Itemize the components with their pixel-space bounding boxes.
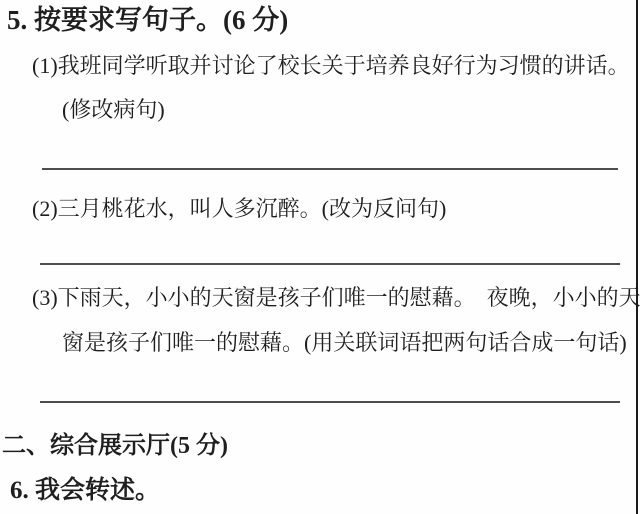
item-3-sentence-line-2: 窗是孩子们唯一的慰藉。(用关联词语把两句话合成一句话) [62, 330, 627, 355]
item-3-sentence-line-1: (3)下雨天，小小的天窗是孩子们唯一的慰藉。 夜晚，小小的天 [32, 285, 640, 310]
question-6-heading: 6. 我会转述。 [10, 477, 160, 506]
page-right-border [636, 0, 638, 514]
answer-blank-line-2 [40, 263, 620, 265]
item-2-sentence: (2)三月桃花水，叫人多沉醉。(改为反问句) [32, 196, 446, 221]
section-2-heading: 二、综合展示厅(5 分) [2, 433, 228, 461]
question-5-heading: 5. 按要求写句子。(6 分) [7, 5, 288, 36]
item-1-sentence: (1)我班同学听取并讨论了校长关于培养良好行为习惯的讲话。 [32, 53, 630, 78]
exam-worksheet-page: 5. 按要求写句子。(6 分) (1)我班同学听取并讨论了校长关于培养良好行为习… [0, 0, 640, 514]
item-1-instruction: (修改病句) [62, 97, 165, 122]
answer-blank-line-1 [42, 168, 618, 170]
answer-blank-line-3 [40, 401, 620, 403]
